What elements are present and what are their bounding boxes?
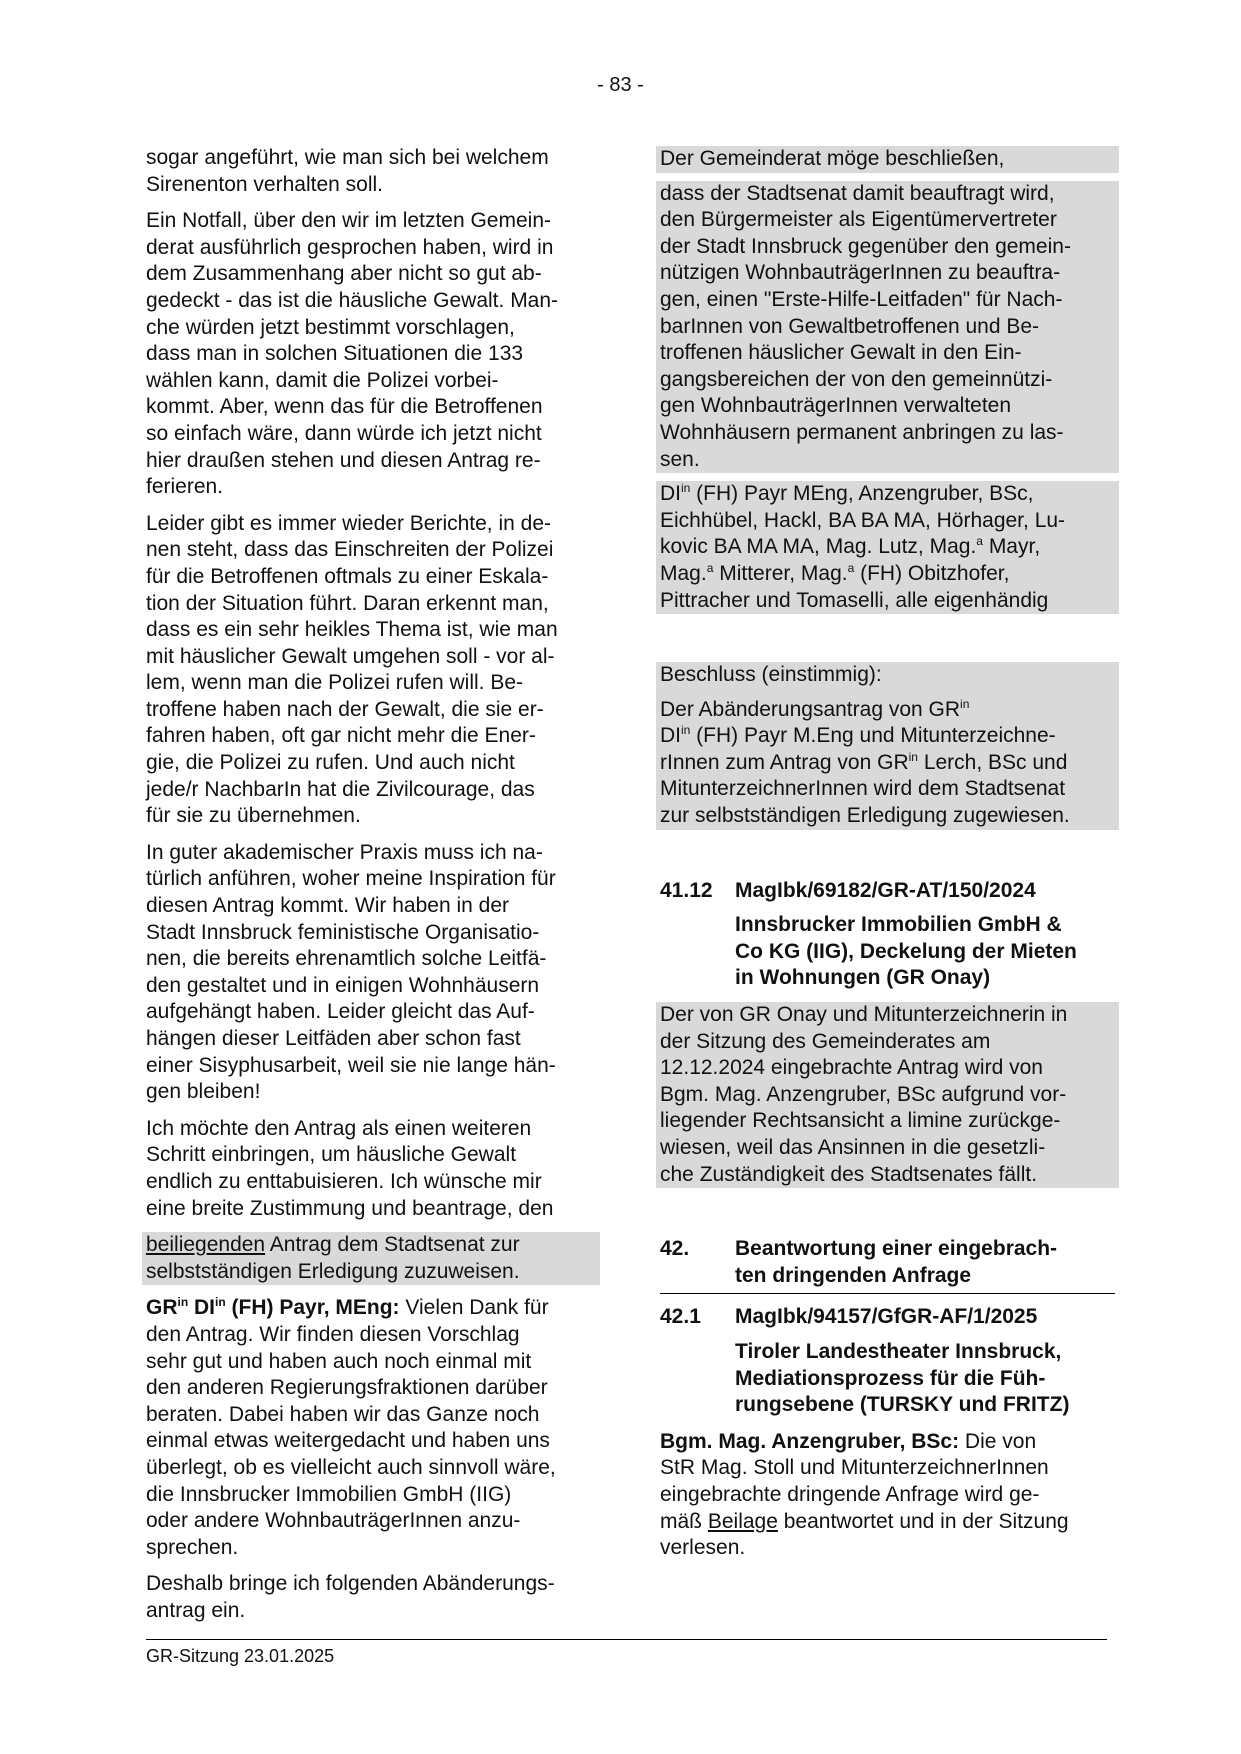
paragraph: Leider gibt es immer wieder Berichte, in…	[146, 511, 596, 830]
left-column: sogar angeführt, wie man sich bei welche…	[146, 145, 596, 1634]
shaded-motion: beiliegenden Antrag dem Stadtsenat zurse…	[142, 1232, 600, 1285]
motion-text: selbstständigen Erledigung zuzuweisen.	[146, 1260, 520, 1283]
paragraph: Deshalb bringe ich folgenden Abänderungs…	[146, 1571, 596, 1624]
motion-intro: Der Gemeinderat möge beschließen,	[656, 146, 1119, 173]
item-decision: Der von GR Onay und Mitunterzeichnerin i…	[656, 1002, 1119, 1188]
item-reference: MagIbk/69182/GR-AT/150/2024	[735, 878, 1115, 905]
agenda-item-41-12-header: 41.12 MagIbk/69182/GR-AT/150/2024	[660, 878, 1115, 905]
item-number: 42.1	[660, 1304, 735, 1331]
paragraph: Ich möchte den Antrag als einen weiteren…	[146, 1116, 596, 1222]
speaker-paragraph: Bgm. Mag. Anzengruber, BSc: Die von StR …	[660, 1429, 1115, 1562]
speaker-paragraph: GRin DIin (FH) Payr, MEng: Vielen Dank f…	[146, 1295, 596, 1561]
resolution-text: Der Abänderungsantrag von GRinDIin (FH) …	[656, 697, 1119, 830]
page-number: - 83 -	[0, 74, 1241, 97]
paragraph: Ein Notfall, über den wir im letzten Gem…	[146, 208, 596, 501]
motion-text: Antrag dem Stadtsenat zur	[265, 1233, 519, 1256]
divider	[660, 1293, 1115, 1294]
signatories: DIin (FH) Payr MEng, Anzengruber, BSc,Ei…	[656, 481, 1119, 614]
right-column: Der Gemeinderat möge beschließen, dass d…	[660, 146, 1115, 1572]
attachment-link[interactable]: Beilage	[708, 1510, 778, 1533]
footer-divider	[146, 1639, 1107, 1640]
paragraph: In guter akademischer Praxis muss ich na…	[146, 840, 596, 1106]
attachment-link[interactable]: beiliegenden	[146, 1233, 265, 1256]
paragraph: sogar angeführt, wie man sich bei welche…	[146, 145, 596, 198]
item-number: 42.	[660, 1236, 735, 1289]
speaker-text: Vielen Dank für den Antrag. Wir finden d…	[146, 1296, 556, 1558]
speaker-name: GRin DIin (FH) Payr, MEng:	[146, 1296, 400, 1319]
item-reference: MagIbk/94157/GfGR-AF/1/2025	[735, 1304, 1115, 1331]
resolution-label: Beschluss (einstimmig):	[656, 662, 1119, 697]
agenda-item-42-header: 42. Beantwortung einer eingebrach- ten d…	[660, 1236, 1115, 1289]
agenda-item-42-1-header: 42.1 MagIbk/94157/GfGR-AF/1/2025	[660, 1304, 1115, 1331]
item-title: Beantwortung einer eingebrach- ten dring…	[735, 1236, 1115, 1289]
motion-text: dass der Stadtsenat damit beauftragt wir…	[656, 181, 1119, 474]
speaker-name: Bgm. Mag. Anzengruber, BSc:	[660, 1430, 959, 1453]
item-number: 41.12	[660, 878, 735, 905]
item-title: Innsbrucker Immobilien GmbH & Co KG (IIG…	[660, 912, 1115, 992]
footer-text: GR-Sitzung 23.01.2025	[146, 1646, 334, 1667]
item-title: Tiroler Landestheater Innsbruck, Mediati…	[660, 1339, 1115, 1419]
